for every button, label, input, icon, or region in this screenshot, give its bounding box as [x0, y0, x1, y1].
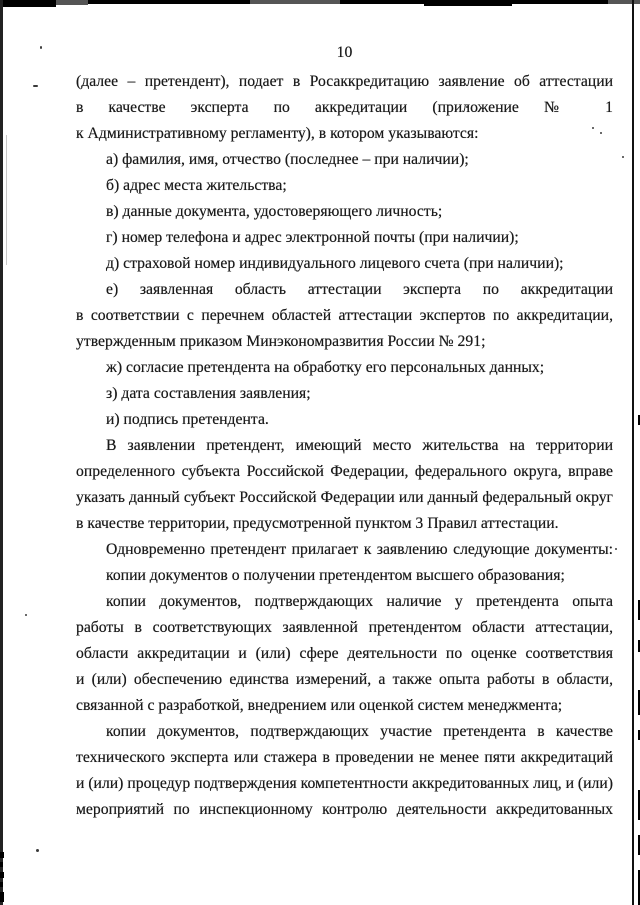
- scan-speck: [40, 46, 42, 49]
- scan-top-edge-thick: [424, 0, 512, 6]
- text-line: в) данные документа, удостоверяющего лич…: [76, 199, 613, 225]
- text-line: в качестве территории, предусмотренной п…: [76, 511, 613, 537]
- scan-right-line: [632, 0, 634, 905]
- text-line: копии документов о получении претенденто…: [76, 563, 613, 589]
- scan-speck: [25, 614, 27, 616]
- text-line: а) фамилия, имя, отчество (последнее – п…: [76, 147, 613, 173]
- text-line: области аккредитации и (или) сфере деяте…: [76, 641, 613, 667]
- text-line: связанной с разработкой, внедрением или …: [76, 693, 613, 719]
- text-line: В заявлении претендент, имеющий место жи…: [76, 433, 613, 459]
- text-line: д) страховой номер индивидуального лицев…: [76, 251, 613, 277]
- scan-left-edge-dash: [0, 872, 4, 878]
- text-line: указать данный субъект Российской Федера…: [76, 485, 613, 511]
- text-line: и) подпись претендента.: [76, 407, 613, 433]
- scan-top-edge-gray: [608, 0, 640, 4]
- text-line: копии документов, подтверждающих наличие…: [76, 589, 613, 615]
- text-line: е) заявленная область аттестации эксперт…: [76, 277, 613, 303]
- text-line: (далее – претендент), подает в Росаккред…: [76, 69, 613, 95]
- scan-left-edge-dash: [0, 882, 3, 887]
- text-block: (далее – претендент), подает в Росаккред…: [76, 69, 613, 823]
- text-line: ж) согласие претендента на обработку его…: [76, 355, 613, 381]
- text-line: копии документов, подтверждающих участие…: [76, 719, 613, 745]
- text-line: г) номер телефона и адрес электронной по…: [76, 225, 613, 251]
- text-line: работы в соответствующих заявленной прет…: [76, 615, 613, 641]
- text-line: технического эксперта или стажера в пров…: [76, 745, 613, 771]
- text-line: и (или) обеспечению единства измерений, …: [76, 667, 613, 693]
- document-page: 10 (далее – претендент), подает в Росакк…: [0, 0, 640, 905]
- text-line: в качестве эксперта по аккредитации (при…: [76, 95, 613, 121]
- text-line: мероприятий по инспекционному контролю д…: [76, 797, 613, 823]
- text-line: и (или) процедур подтверждения компетент…: [76, 771, 613, 797]
- text-line: Одновременно претендент прилагает к заяв…: [76, 537, 613, 563]
- scan-left-fold-line: [6, 135, 7, 265]
- scan-speck: [615, 548, 617, 550]
- scan-left-edge-dash: [0, 892, 4, 902]
- page-number: 10: [76, 40, 613, 66]
- text-line: з) дата составления заявления;: [76, 381, 613, 407]
- text-line: в соответствии с перечнем областей аттес…: [76, 303, 613, 329]
- scan-speck: [622, 156, 624, 158]
- scan-speck: [36, 849, 39, 852]
- text-line: утвержденным приказом Минэкономразвития …: [76, 329, 613, 355]
- scan-left-edge-dash: [0, 852, 4, 858]
- scan-top-edge-gray: [250, 0, 340, 4]
- text-line: определенного субъекта Российской Федера…: [76, 459, 613, 485]
- scan-top-edge-gray: [56, 0, 88, 5]
- scan-left-edge: [0, 0, 3, 905]
- scan-left-edge-dash: [0, 862, 3, 867]
- text-line: к Административному регламенту), в котор…: [76, 121, 613, 147]
- scan-speck: [33, 85, 38, 87]
- text-line: б) адрес места жительства;: [76, 173, 613, 199]
- scan-top-edge-thick-left: [0, 0, 56, 7]
